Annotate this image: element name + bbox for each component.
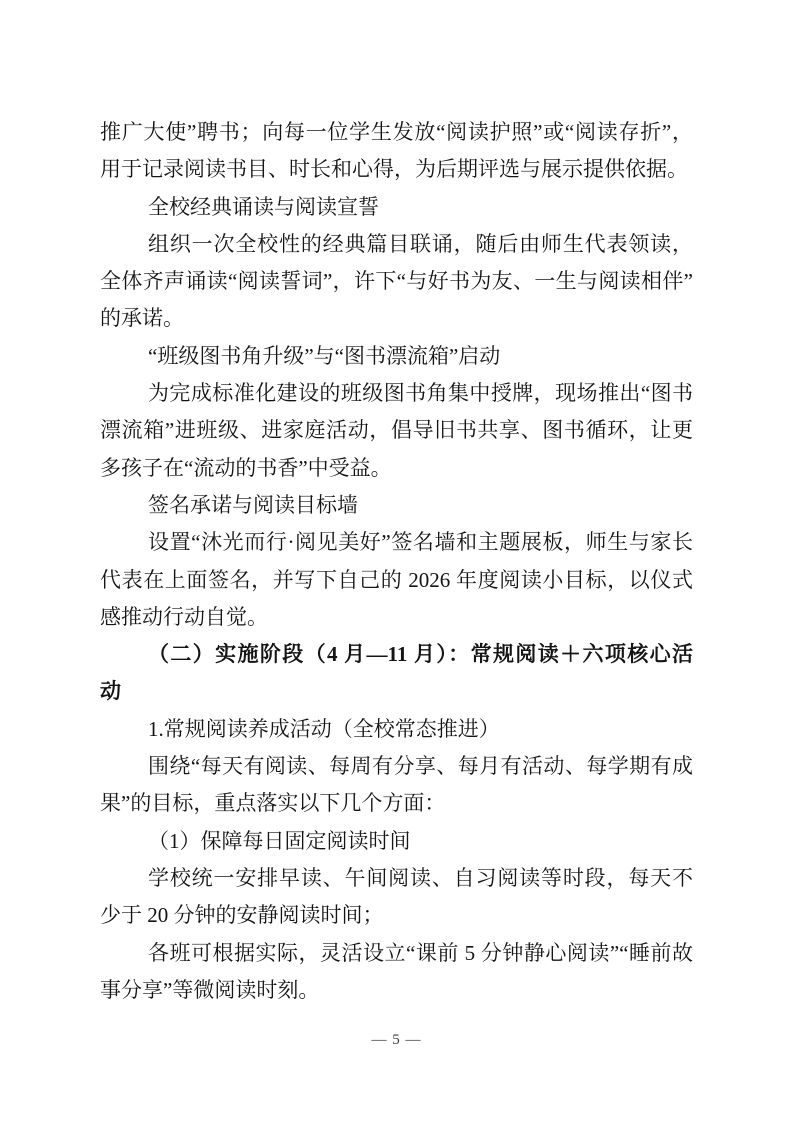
text-line: “班级图书角升级”与“图书漂流箱”启动 xyxy=(100,338,693,375)
text-line: 用于记录阅读书目、时长和心得，为后期评选与展示提供依据。 xyxy=(100,151,693,188)
text-line: 动 xyxy=(100,673,693,710)
text-line: 少于 20 分钟的安静阅读时间； xyxy=(100,897,693,934)
text-line: 多孩子在“流动的书香”中受益。 xyxy=(100,450,693,487)
paragraph: 为完成标准化建设的班级图书角集中授牌，现场推出“图书 漂流箱”进班级、进家庭活动… xyxy=(100,375,693,487)
text-line: 推广大使”聘书；向每一位学生发放“阅读护照”或“阅读存折”， xyxy=(100,114,693,151)
paragraph-subheading: （1）保障每日固定阅读时间 xyxy=(100,823,693,860)
document-page: 推广大使”聘书；向每一位学生发放“阅读护照”或“阅读存折”， 用于记录阅读书目、… xyxy=(0,0,793,1122)
page-number: — 5 — xyxy=(0,1032,793,1049)
paragraph-subheading: 签名承诺与阅读目标墙 xyxy=(100,487,693,524)
text-line: 全体齐声诵读“阅读誓词”，许下“与好书为友、一生与阅读相伴” xyxy=(100,263,693,300)
paragraph-subheading: 全校经典诵读与阅读宣誓 xyxy=(100,189,693,226)
text-line: 全校经典诵读与阅读宣誓 xyxy=(100,189,693,226)
text-line: 围绕“每天有阅读、每周有分享、每月有活动、每学期有成 xyxy=(100,748,693,785)
text-line: 事分享”等微阅读时刻。 xyxy=(100,972,693,1009)
paragraph: 组织一次全校性的经典篇目联诵，随后由师生代表领读， 全体齐声诵读“阅读誓词”，许… xyxy=(100,226,693,338)
paragraph-subheading: 1.常规阅读养成活动（全校常态推进） xyxy=(100,711,693,748)
text-line: 漂流箱”进班级、进家庭活动，倡导旧书共享、图书循环，让更 xyxy=(100,412,693,449)
text-line: （二）实施阶段（4 月—11 月）：常规阅读＋六项核心活 xyxy=(100,636,693,673)
document-body: 推广大使”聘书；向每一位学生发放“阅读护照”或“阅读存折”， 用于记录阅读书目、… xyxy=(100,114,693,1009)
text-line: 组织一次全校性的经典篇目联诵，随后由师生代表领读， xyxy=(100,226,693,263)
text-line: 代表在上面签名，并写下自己的 2026 年度阅读小目标，以仪式 xyxy=(100,562,693,599)
text-line: 果”的目标，重点落实以下几个方面： xyxy=(100,785,693,822)
section-heading: （二）实施阶段（4 月—11 月）：常规阅读＋六项核心活 动 xyxy=(100,636,693,711)
text-line: 1.常规阅读养成活动（全校常态推进） xyxy=(100,711,693,748)
text-line: 感推动行动自觉。 xyxy=(100,599,693,636)
text-line: 学校统一安排早读、午间阅读、自习阅读等时段，每天不 xyxy=(100,860,693,897)
text-line: 各班可根据实际，灵活设立“课前 5 分钟静心阅读”“睡前故 xyxy=(100,935,693,972)
text-line: 为完成标准化建设的班级图书角集中授牌，现场推出“图书 xyxy=(100,375,693,412)
paragraph: 推广大使”聘书；向每一位学生发放“阅读护照”或“阅读存折”， 用于记录阅读书目、… xyxy=(100,114,693,189)
paragraph: 围绕“每天有阅读、每周有分享、每月有活动、每学期有成 果”的目标，重点落实以下几… xyxy=(100,748,693,823)
text-line: 签名承诺与阅读目标墙 xyxy=(100,487,693,524)
text-line: （1）保障每日固定阅读时间 xyxy=(100,823,693,860)
text-line: 的承诺。 xyxy=(100,300,693,337)
paragraph: 设置“沐光而行·阅见美好”签名墙和主题展板，师生与家长 代表在上面签名，并写下自… xyxy=(100,524,693,636)
paragraph-subheading: “班级图书角升级”与“图书漂流箱”启动 xyxy=(100,338,693,375)
paragraph: 各班可根据实际，灵活设立“课前 5 分钟静心阅读”“睡前故 事分享”等微阅读时刻… xyxy=(100,935,693,1010)
text-line: 设置“沐光而行·阅见美好”签名墙和主题展板，师生与家长 xyxy=(100,524,693,561)
paragraph: 学校统一安排早读、午间阅读、自习阅读等时段，每天不 少于 20 分钟的安静阅读时… xyxy=(100,860,693,935)
